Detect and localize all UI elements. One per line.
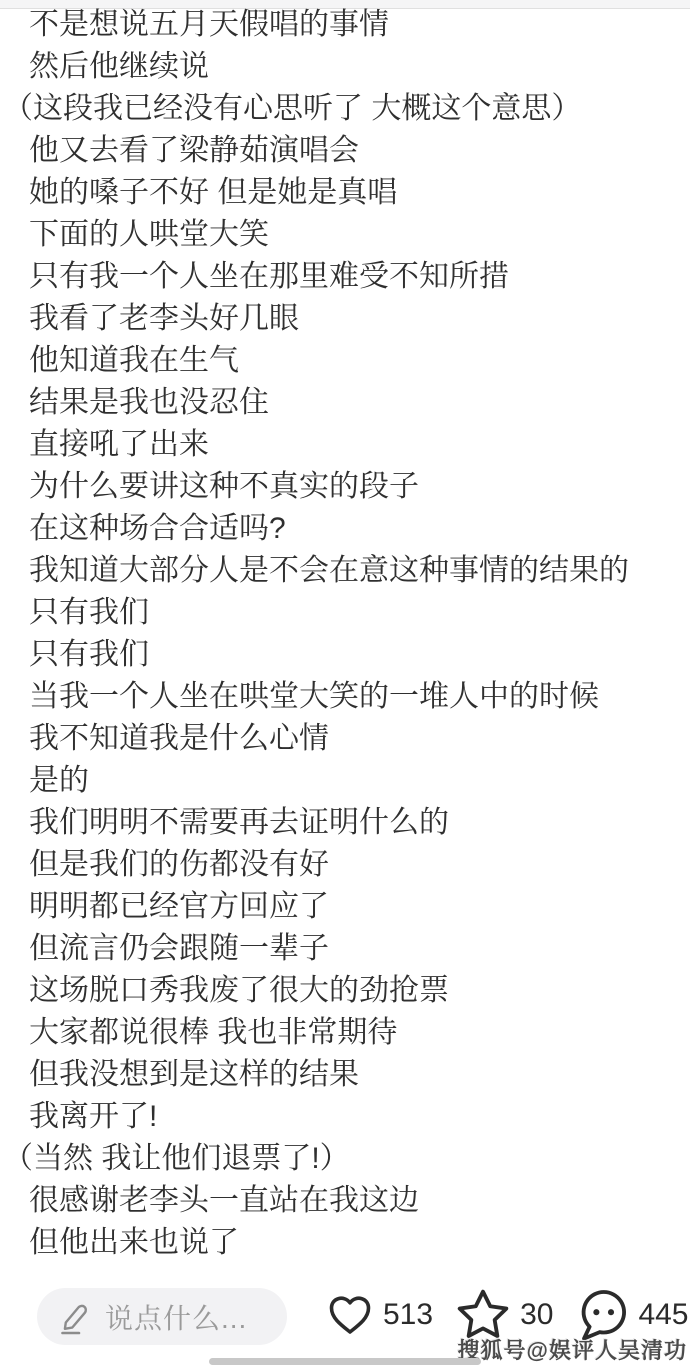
note-text-line: 为什么要讲这种不真实的段子 xyxy=(29,466,689,508)
note-text-line: 但是我们的伤都没有好 xyxy=(29,844,689,886)
note-text-line: 我不知道我是什么心情 xyxy=(29,718,689,760)
note-text-line: 但他出来也说了 xyxy=(29,1222,689,1264)
note-text-line: 他知道我在生气 xyxy=(29,340,689,382)
note-text-line: 我看了老李头好几眼 xyxy=(29,298,689,340)
note-text-line: 但我没想到是这样的结果 xyxy=(29,1054,689,1096)
comment-placeholder: 说点什么... xyxy=(105,1297,247,1337)
note-text-line: （这段我已经没有心思听了 大概这个意思） xyxy=(3,88,689,130)
note-text-line: 不是想说五月天假唱的事情 xyxy=(29,4,689,46)
note-text-line: 大家都说很棒 我也非常期待 xyxy=(29,1012,689,1054)
comment-count: 445 xyxy=(638,1298,688,1332)
collect-count: 30 xyxy=(520,1298,553,1332)
note-text-line: 只有我们 xyxy=(29,634,689,676)
pencil-edit-icon xyxy=(55,1298,93,1336)
note-text-line: 只有我一个人坐在那里难受不知所措 xyxy=(29,256,689,298)
note-text-line: 她的嗓子不好 但是她是真唱 xyxy=(29,172,689,214)
note-text-line: 明明都已经官方回应了 xyxy=(29,886,689,928)
note-text-line: 很感谢老李头一直站在我这边 xyxy=(29,1180,689,1222)
note-text-line: 我离开了! xyxy=(29,1096,689,1138)
note-text-line: 是的 xyxy=(29,760,689,802)
note-text-body: 不是想说五月天假唱的事情然后他继续说（这段我已经没有心思听了 大概这个意思）他又… xyxy=(29,4,689,1264)
home-indicator xyxy=(209,1358,481,1365)
note-text-line: 结果是我也没忍住 xyxy=(29,382,689,424)
like-count: 513 xyxy=(383,1298,433,1332)
note-text-line: 他又去看了梁静茹演唱会 xyxy=(29,130,689,172)
comment-input[interactable]: 说点什么... xyxy=(37,1288,287,1345)
note-text-line: 下面的人哄堂大笑 xyxy=(29,214,689,256)
note-text-line: 我们明明不需要再去证明什么的 xyxy=(29,802,689,844)
note-text-line: （当然 我让他们退票了!） xyxy=(3,1138,689,1180)
note-text-line: 然后他继续说 xyxy=(29,46,689,88)
note-text-line: 这场脱口秀我废了很大的劲抢票 xyxy=(29,970,689,1012)
note-text-line: 但流言仍会跟随一辈子 xyxy=(29,928,689,970)
note-text-line: 当我一个人坐在哄堂大笑的一堆人中的时候 xyxy=(29,676,689,718)
heart-icon xyxy=(326,1291,374,1339)
bottom-action-bar: 说点什么... 513 30 xyxy=(0,1270,690,1371)
note-text-line: 直接吼了出来 xyxy=(29,424,689,466)
note-text-line: 在这种场合合适吗? xyxy=(29,508,689,550)
note-text-line: 我知道大部分人是不会在意这种事情的结果的 xyxy=(29,550,689,592)
watermark: 搜狐号@娱评人吴清功 xyxy=(458,1334,687,1365)
like-button[interactable]: 513 xyxy=(326,1291,433,1339)
note-text-line: 只有我们 xyxy=(29,592,689,634)
